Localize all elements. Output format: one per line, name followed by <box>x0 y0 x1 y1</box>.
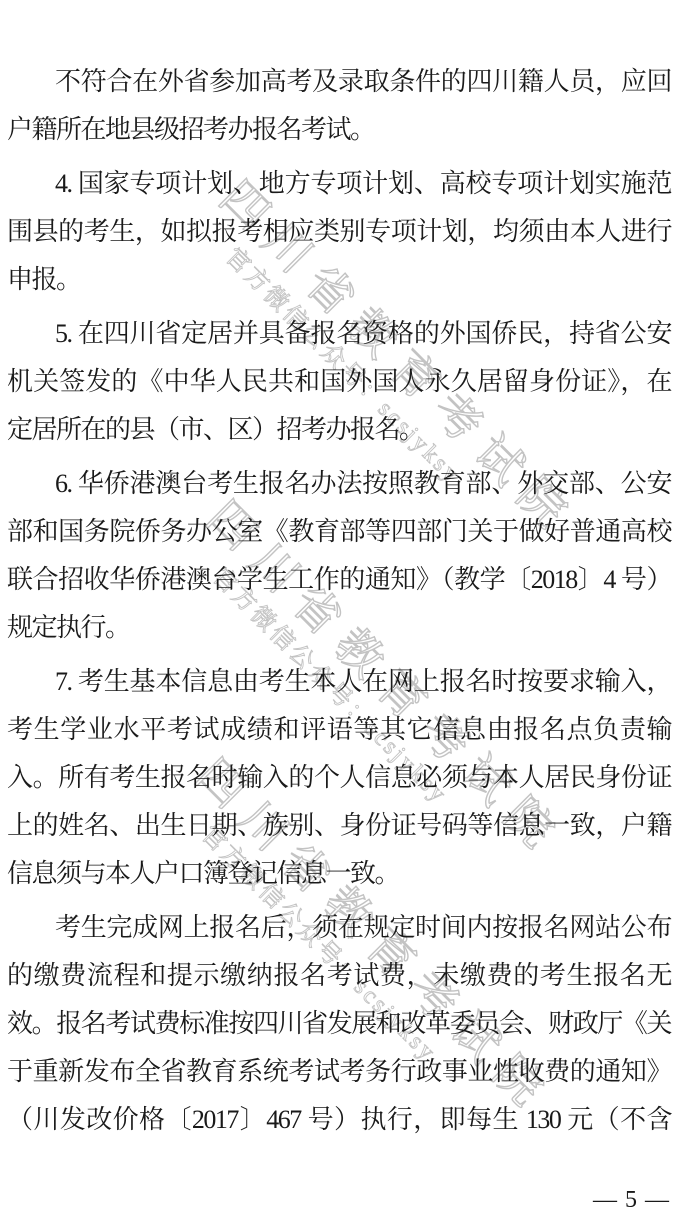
text-line: 6. 华侨港澳台考生报名办法按照教育部、外交部、公安 <box>7 460 671 508</box>
text-line: 围县的考生，如拟报考相应类别专项计划，均须由本人进行 <box>7 208 671 256</box>
text-line: 的缴费流程和提示缴纳报名考试费，未缴费的考生报名无 <box>7 952 671 1000</box>
text-line: 联合招收华侨港澳台学生工作的通知》（教学〔2018〕4 号） <box>7 556 671 604</box>
paragraph: 5. 在四川省定居并具备报名资格的外国侨民，持省公安 机关签发的《中华人民共和国… <box>7 310 671 454</box>
text-line: 户籍所在地县级招考办报名考试。 <box>7 106 671 154</box>
text-line: 考生学业水平考试成绩和评语等其它信息由报名点负责输 <box>7 706 671 754</box>
text-line: 机关签发的《中华人民共和国外国人永久居留身份证》，在 <box>7 358 671 406</box>
text-line: 考生完成网上报名后，须在规定时间内按报名网站公布 <box>7 904 671 952</box>
paragraph: 4. 国家专项计划、地方专项计划、高校专项计划实施范 围县的考生，如拟报考相应类… <box>7 160 671 304</box>
paragraph: 7. 考生基本信息由考生本人在网上报名时按要求输入， 考生学业水平考试成绩和评语… <box>7 658 671 898</box>
text-line: 上的姓名、出生日期、族别、身份证号码等信息一致，户籍 <box>7 802 671 850</box>
text-line: 申报。 <box>7 256 671 304</box>
text-line: 7. 考生基本信息由考生本人在网上报名时按要求输入， <box>7 658 671 706</box>
text-line: 定居所在的县（市、区）招考办报名。 <box>7 406 671 454</box>
text-line: （川发改价格〔2017〕467 号）执行，即每生 130 元（不含 <box>7 1096 671 1144</box>
text-line: 于重新发布全省教育系统考试考务行政事业性收费的通知》 <box>7 1048 671 1096</box>
paragraph: 不符合在外省参加高考及录取条件的四川籍人员，应回 户籍所在地县级招考办报名考试。 <box>7 58 671 154</box>
text-line: 4. 国家专项计划、地方专项计划、高校专项计划实施范 <box>7 160 671 208</box>
text-line: 5. 在四川省定居并具备报名资格的外国侨民，持省公安 <box>7 310 671 358</box>
text-line: 效。报名考试费标准按四川省发展和改革委员会、财政厅《关 <box>7 1000 671 1048</box>
text-line: 部和国务院侨务办公室《教育部等四部门关于做好普通高校 <box>7 508 671 556</box>
text-line: 不符合在外省参加高考及录取条件的四川籍人员，应回 <box>7 58 671 106</box>
text-line: 入。所有考生报名时输入的个人信息必须与本人居民身份证 <box>7 754 671 802</box>
document-body: 不符合在外省参加高考及录取条件的四川籍人员，应回 户籍所在地县级招考办报名考试。… <box>7 58 671 1144</box>
paragraph: 6. 华侨港澳台考生报名办法按照教育部、外交部、公安 部和国务院侨务办公室《教育… <box>7 460 671 652</box>
text-line: 信息须与本人户口簿登记信息一致。 <box>7 850 671 898</box>
document-page: 四川省教育考试院 官方微信公众号：scsjyksy 四川省教育考试院 官方微信公… <box>0 0 680 1224</box>
text-line: 规定执行。 <box>7 604 671 652</box>
page-number: — 5 — <box>593 1186 670 1214</box>
paragraph: 考生完成网上报名后，须在规定时间内按报名网站公布 的缴费流程和提示缴纳报名考试费… <box>7 904 671 1144</box>
